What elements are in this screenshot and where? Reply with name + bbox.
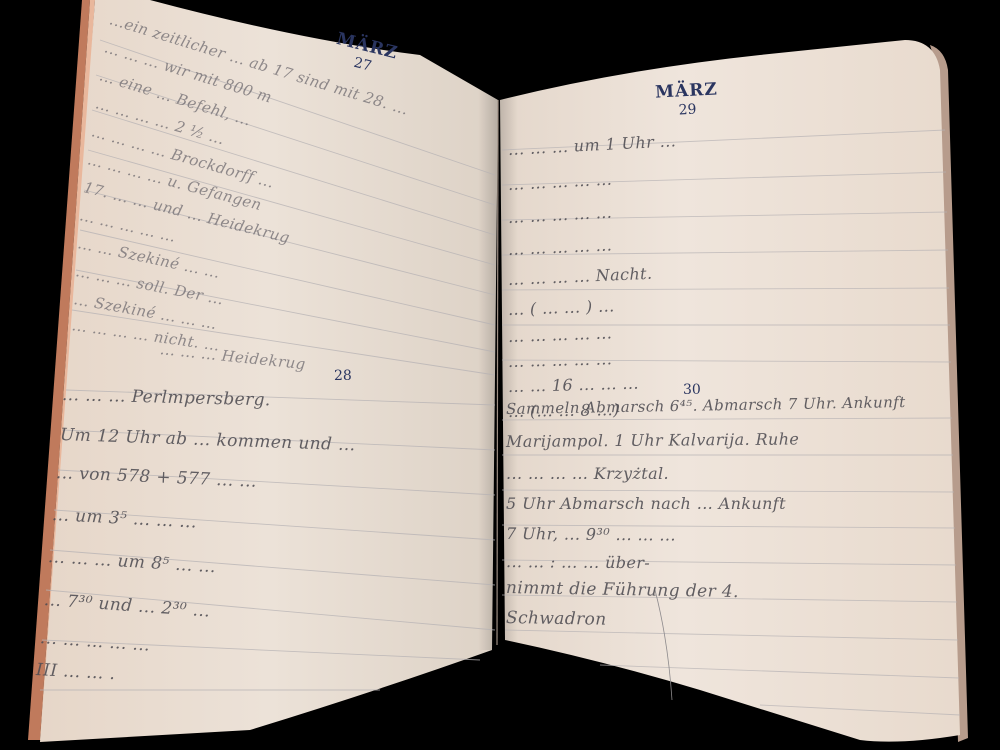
left-page: [40, 0, 498, 742]
right-page: [500, 40, 960, 742]
open-diary-book: [0, 0, 1000, 750]
diary-photo: MÄRZ 27 28 MÄRZ 29 30 ...ein zeitlicher …: [0, 0, 1000, 750]
